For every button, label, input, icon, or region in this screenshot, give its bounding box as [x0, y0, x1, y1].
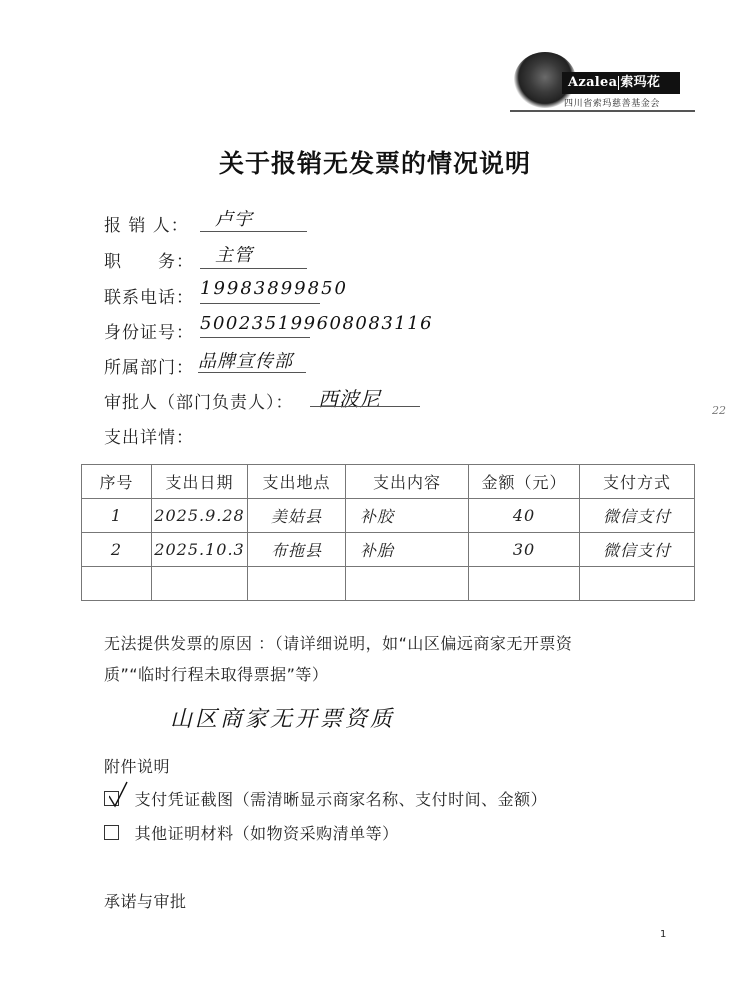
table-header-row: 序号 支出日期 支出地点 支出内容 金额（元） 支付方式: [82, 465, 695, 499]
cell-payment-method[interactable]: [580, 567, 695, 601]
cell-content[interactable]: 补胎: [346, 533, 469, 567]
cell-payment-method[interactable]: 微信支付: [580, 533, 695, 567]
cell-payment-method[interactable]: 微信支付: [580, 499, 695, 533]
cell-index[interactable]: 2: [82, 533, 152, 567]
field-value-approver-signature[interactable]: 西波尼: [318, 383, 381, 412]
field-underline: [200, 337, 310, 338]
field-value-id-number[interactable]: 500235199608083116: [200, 313, 433, 334]
field-label-claimant: 报 销 人：: [104, 211, 189, 236]
col-header-location: 支出地点: [248, 465, 346, 499]
col-header-content: 支出内容: [346, 465, 469, 499]
reason-answer[interactable]: 山区商家无开票资质: [170, 702, 395, 733]
field-underline: [200, 303, 320, 304]
cell-amount[interactable]: 30: [469, 533, 580, 567]
table-row: 1 2025.9.28 美姑县 补胶 40 微信支付: [82, 499, 695, 533]
expense-table: 序号 支出日期 支出地点 支出内容 金额（元） 支付方式 1 2025.9.28…: [81, 464, 695, 601]
logo-brand-band: Azalea索玛花: [562, 72, 680, 94]
reason-prompt-line2: 质”“临时行程未取得票据”等）: [104, 658, 704, 691]
logo-org-name: 四川省索玛慈善基金会: [564, 96, 660, 109]
cell-amount[interactable]: [469, 567, 580, 601]
cell-content[interactable]: [346, 567, 469, 601]
cell-index[interactable]: [82, 567, 152, 601]
check-mark-icon: [109, 780, 135, 810]
field-underline: [200, 268, 307, 269]
field-underline: [310, 406, 420, 407]
table-row: [82, 567, 695, 601]
reason-prompt-line1: 无法提供发票的原因 ：（请详细说明，如“山区偏远商家无开票资: [104, 627, 704, 660]
logo-rule: [510, 110, 695, 112]
checkbox-checked[interactable]: [104, 791, 119, 806]
expense-details-label: 支出详情：: [104, 423, 194, 448]
cell-index[interactable]: 1: [82, 499, 152, 533]
cell-location[interactable]: 布拖县: [248, 533, 346, 567]
commitment-title: 承诺与审批: [104, 885, 187, 918]
field-label-position: 职 务：: [104, 247, 194, 272]
field-label-id-number: 身份证号：: [104, 318, 194, 343]
field-underline: [198, 372, 306, 373]
field-value-phone[interactable]: 19983899850: [200, 278, 348, 299]
field-underline: [200, 231, 307, 232]
col-header-date: 支出日期: [152, 465, 248, 499]
field-label-approver: 审批人（部门负责人）：: [104, 388, 294, 413]
attachment-item-payment-screenshot[interactable]: 支付凭证截图（需清晰显示商家名称、支付时间、金额）: [104, 783, 547, 816]
cell-content[interactable]: 补胶: [346, 499, 469, 533]
logo-brand-cn: 索玛花: [620, 75, 660, 90]
foundation-logo: Azalea索玛花 四川省索玛慈善基金会: [510, 52, 700, 112]
cell-amount[interactable]: 40: [469, 499, 580, 533]
margin-note: 22: [712, 404, 726, 417]
col-header-amount: 金额（元）: [469, 465, 580, 499]
attachment-label: 支付凭证截图（需清晰显示商家名称、支付时间、金额）: [135, 790, 548, 809]
attachments-title: 附件说明: [104, 750, 170, 783]
table-row: 2 2025.10.3 布拖县 补胎 30 微信支付: [82, 533, 695, 567]
field-value-position[interactable]: 主管: [215, 241, 253, 267]
logo-brand-en: Azalea: [568, 75, 617, 90]
attachment-item-other-proof[interactable]: 其他证明材料（如物资采购清单等）: [104, 817, 399, 850]
field-value-claimant[interactable]: 卢宇: [215, 205, 253, 231]
field-label-department: 所属部门：: [104, 353, 194, 378]
col-header-payment-method: 支付方式: [580, 465, 695, 499]
col-header-index: 序号: [82, 465, 152, 499]
attachment-label: 其他证明材料（如物资采购清单等）: [135, 824, 399, 843]
page-number: 1: [660, 929, 666, 940]
field-value-department[interactable]: 品牌宣传部: [198, 347, 293, 373]
cell-date[interactable]: 2025.9.28: [152, 499, 248, 533]
cell-date[interactable]: 2025.10.3: [152, 533, 248, 567]
cell-date[interactable]: [152, 567, 248, 601]
field-label-phone: 联系电话：: [104, 283, 194, 308]
cell-location[interactable]: 美姑县: [248, 499, 346, 533]
document-title: 关于报销无发票的情况说明: [0, 144, 750, 180]
checkbox-unchecked[interactable]: [104, 825, 119, 840]
cell-location[interactable]: [248, 567, 346, 601]
